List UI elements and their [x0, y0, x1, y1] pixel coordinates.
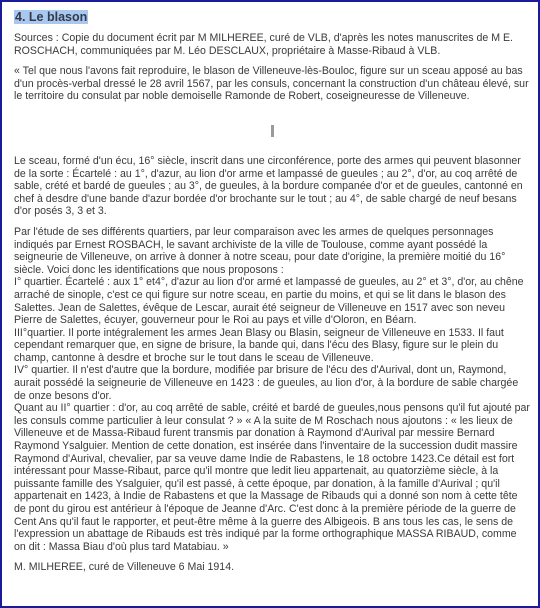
- etude-paragraph: Par l'étude de ses différents quartiers,…: [14, 226, 530, 276]
- sceau-paragraph: Le sceau, formé d'un écu, 16° siècle, in…: [14, 155, 530, 218]
- quartier-1-paragraph: I° quartier. Écartelé : aux 1° et4°, d'a…: [14, 276, 530, 326]
- sources-paragraph: Sources : Copie du document écrit par M …: [14, 32, 530, 57]
- image-placeholder: [14, 103, 530, 155]
- text-cursor-icon: [271, 125, 274, 137]
- signature: M. MILHEREE, curé de Villeneuve 6 Mai 19…: [14, 561, 530, 574]
- document-frame: 4. Le blason Sources : Copie du document…: [0, 0, 540, 608]
- document-content: 4. Le blason Sources : Copie du document…: [14, 10, 530, 582]
- section-title: 4. Le blason: [14, 10, 88, 24]
- quartier-2-paragraph: Quant au II° quartier : d'or, au coq arr…: [14, 402, 530, 553]
- quartier-4-paragraph: IV° quartier. Il n'est d'autre que la bo…: [14, 364, 530, 402]
- quartier-3-paragraph: III°quartier. Il porte intégralement les…: [14, 327, 530, 365]
- intro-paragraph: « Tel que nous l'avons fait reproduire, …: [14, 65, 530, 103]
